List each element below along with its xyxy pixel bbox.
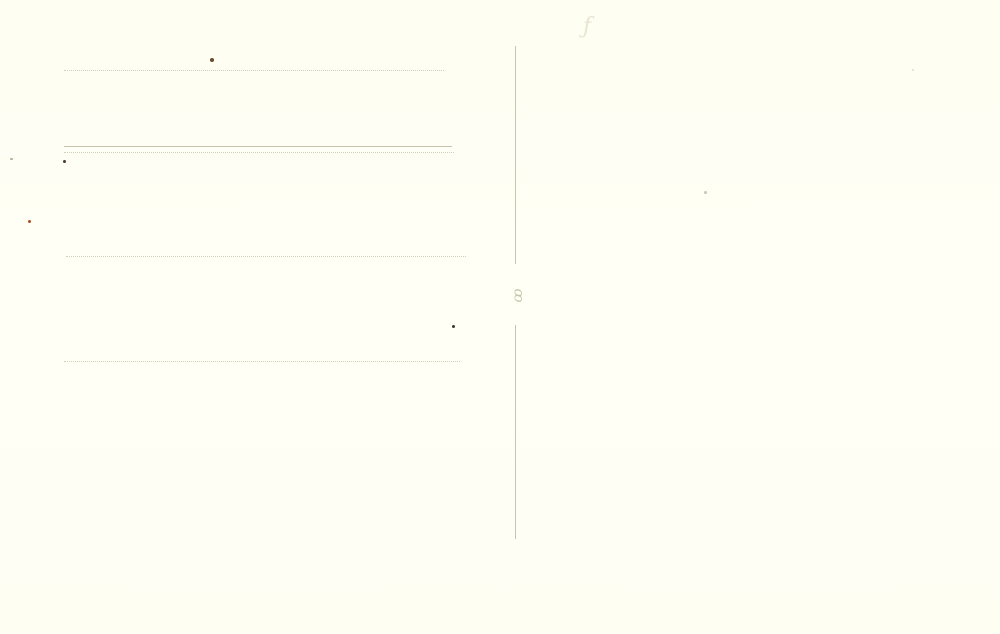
speck — [210, 58, 214, 62]
speck — [63, 160, 66, 163]
speck — [10, 158, 13, 160]
center-divider-top — [515, 46, 516, 264]
divider-script-mark: ꝏ — [505, 277, 531, 313]
speck — [912, 69, 914, 71]
postcard-back: ꝏ ƒ — [0, 0, 1000, 634]
writing-line-4 — [64, 361, 460, 362]
writing-line-2 — [64, 152, 454, 153]
writing-line-3 — [66, 256, 466, 257]
writing-line-1 — [64, 70, 444, 71]
center-divider-bottom — [515, 325, 516, 539]
speck — [452, 325, 455, 328]
speck — [704, 191, 707, 194]
writing-rule — [64, 146, 452, 147]
pencil-mark: ƒ — [583, 14, 591, 39]
speck — [28, 220, 31, 223]
